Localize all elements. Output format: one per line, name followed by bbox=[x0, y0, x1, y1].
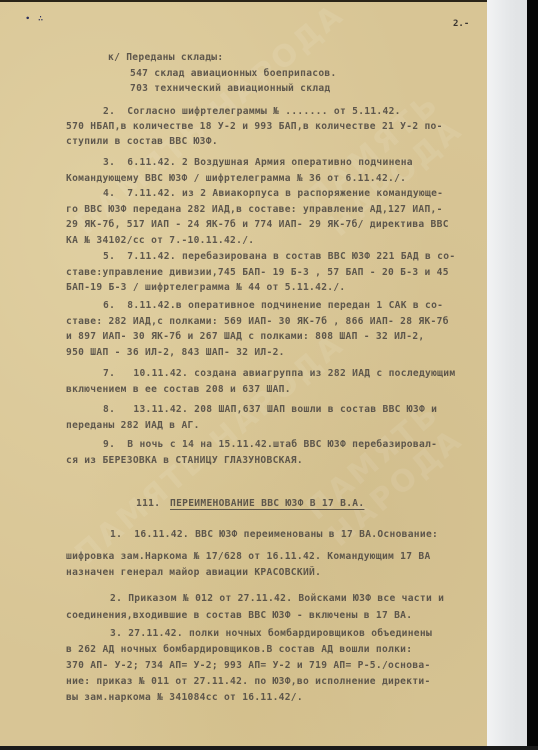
item-7-line-2: включением в ее состав 208 и 637 ШАП. bbox=[66, 384, 291, 395]
item-2-line-2: 570 НБАП,в количестве 18 У-2 и 993 БАП,в… bbox=[66, 121, 443, 132]
document-page: ПАМЯТЬ НАРОДА ПАМЯТЬ НАРОДА ПАМЯТЬ НАРОД… bbox=[0, 0, 487, 750]
s3-item-1-line-2: шифровка зам.Наркома № 17/628 от 16.11.4… bbox=[66, 551, 431, 562]
item-5-line-1: 5. 7.11.42. перебазирована в состав ВВС … bbox=[103, 251, 455, 262]
scan-black-edge bbox=[527, 0, 538, 750]
item-k-heading: к/ Переданы склады: bbox=[108, 52, 223, 63]
item-9-line-1: 9. В ночь с 14 на 15.11.42.штаб ВВС ЮЗФ … bbox=[103, 439, 437, 450]
item-k-line-2: 703 технический авиационный склад bbox=[130, 83, 331, 94]
item-6-line-4: 950 ШАП - 36 ИЛ-2, 843 ШАП- 32 ИЛ-2. bbox=[66, 347, 285, 358]
scan-frame: ПАМЯТЬ НАРОДА ПАМЯТЬ НАРОДА ПАМЯТЬ НАРОД… bbox=[0, 0, 538, 750]
section-iii-title: ПЕРЕИМЕНОВАНИЕ ВВС ЮЗФ В 17 В.А. bbox=[170, 498, 364, 509]
item-4-line-3: 29 ЯК-7б, 517 ИАП - 24 ЯК-7б и 774 ИАП- … bbox=[66, 219, 449, 230]
item-5-line-2: ставе:управление дивизии,745 БАП- 19 Б-3… bbox=[66, 267, 449, 278]
s3-item-3-line-1: 3. 27.11.42. полки ночных бомбардировщик… bbox=[110, 628, 432, 639]
item-8-line-2: переданы 282 ИАД в АГ. bbox=[66, 420, 200, 431]
s3-item-3-line-2: в 262 АД ночных бомбардировщиков.В соста… bbox=[66, 644, 412, 655]
s3-item-1-line-1: 1. 16.11.42. ВВС ЮЗФ переименованы в 17 … bbox=[110, 529, 438, 540]
item-6-line-2: ставе: 282 ИАД,с полками: 569 ИАП- 30 ЯК… bbox=[66, 316, 449, 327]
section-iii-number: 111. bbox=[136, 498, 160, 509]
s3-item-1-line-3: назначен генерал майор авиации КРАСОВСКИ… bbox=[66, 567, 321, 578]
s3-item-3-line-3: 370 АП- У-2; 734 АП= У-2; 993 АП= У-2 и … bbox=[66, 660, 431, 671]
s3-item-3-line-4: ние: приказ № 011 от 27.11.42. по ЮЗФ,во… bbox=[66, 676, 431, 687]
item-7-line-1: 7. 10.11.42. создана авиагруппа из 282 И… bbox=[103, 368, 455, 379]
item-2-line-1: 2. Согласно шифртелеграммы № ....... от … bbox=[103, 106, 401, 117]
item-4-line-4: КА № 34102/сс от 7.-10.11.42./. bbox=[66, 235, 254, 246]
item-6-line-3: и 897 ИАП- 30 ЯК-7б и 267 ШАД с полками:… bbox=[66, 331, 424, 342]
s3-item-2-line-1: 2. Приказом № 012 от 27.11.42. Войсками … bbox=[110, 593, 444, 604]
item-4-line-2: го ВВС ЮЗФ передана 282 ИАД,в составе: у… bbox=[66, 204, 443, 215]
item-3-line-2: Командующему ВВС ЮЗФ / шифртелеграмма № … bbox=[66, 173, 406, 184]
item-2-line-3: ступили в состав ВВС ЮЗФ. bbox=[66, 136, 218, 147]
item-5-line-3: БАП-19 Б-3 / шифртелеграмма № 44 от 5.11… bbox=[66, 282, 346, 293]
corner-ink-mark: ∙ ∴ bbox=[25, 16, 44, 22]
s3-item-2-line-2: соединения,входившие в состав ВВС ЮЗФ - … bbox=[66, 610, 412, 621]
scan-bottom-edge bbox=[0, 746, 538, 750]
item-4-line-1: 4. 7.11.42. из 2 Авиакорпуса в распоряже… bbox=[103, 188, 443, 199]
item-6-line-1: 6. 8.11.42.в оперативное подчинение пере… bbox=[103, 300, 443, 311]
item-9-line-2: ся из БЕРЕЗОВКА в СТАНИЦУ ГЛАЗУНОВСКАЯ. bbox=[66, 455, 303, 466]
item-3-line-1: 3. 6.11.42. 2 Воздушная Армия оперативно… bbox=[103, 157, 413, 168]
page-number: 2.- bbox=[453, 19, 469, 29]
item-k-line-1: 547 склад авиационных боеприпасов. bbox=[130, 68, 337, 79]
scanner-backing-strip bbox=[487, 0, 527, 748]
s3-item-3-line-5: вы зам.наркома № 341084сс от 16.11.42/. bbox=[66, 692, 303, 703]
item-8-line-1: 8. 13.11.42. 208 ШАП,637 ШАП вошли в сос… bbox=[103, 404, 437, 415]
